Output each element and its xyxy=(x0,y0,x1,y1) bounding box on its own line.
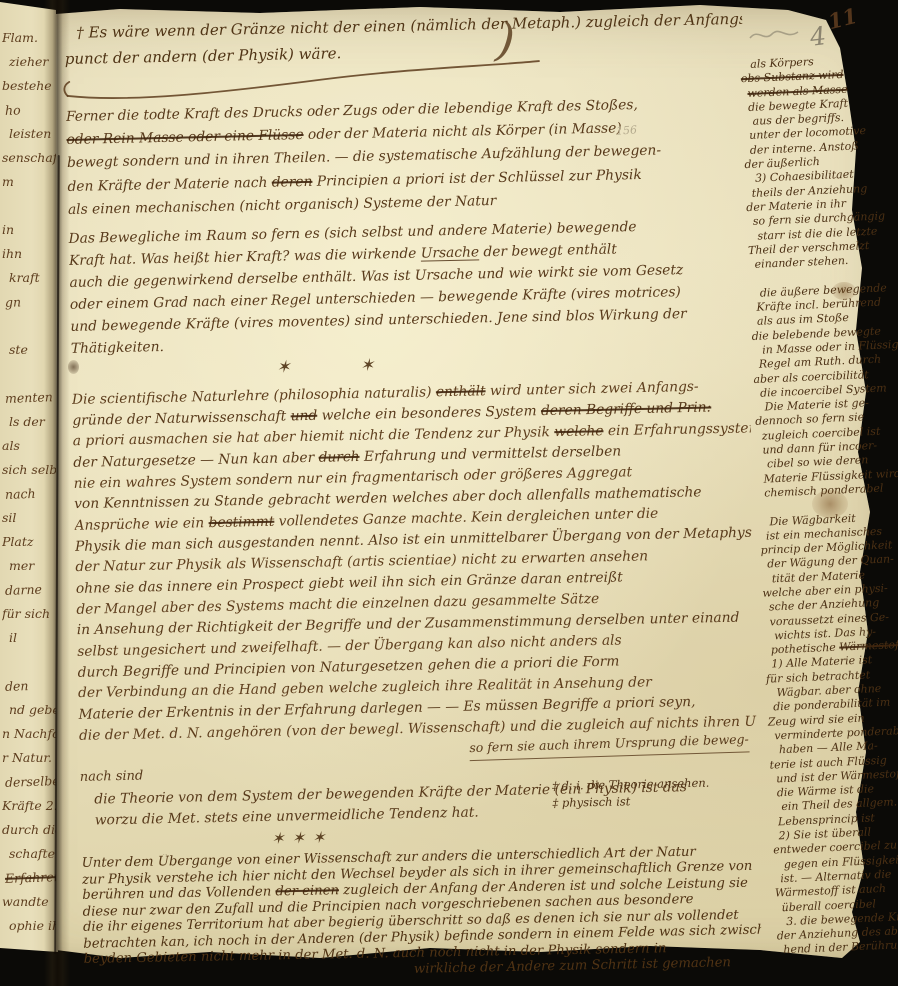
manuscript-scan: Flam.zieherbesteheholeistensenschaftm in… xyxy=(0,0,898,986)
ink-blot xyxy=(68,360,79,374)
faint-pencil-number: 156 xyxy=(616,123,638,137)
pencil-scribble xyxy=(748,24,800,46)
paragraph-science: Die scientifische Naturlehre (philosophi… xyxy=(72,376,757,747)
dagger-note-line: ‡ physisch ist xyxy=(552,792,710,812)
page-number-pencil: 4 xyxy=(808,21,827,52)
paragraph-forces: Ferner die todte Kraft des Drucks oder Z… xyxy=(66,92,746,222)
paragraph-movable: Das Bewegliche im Raum so fern es (sich … xyxy=(68,214,749,360)
dagger-margin-notes: ‡ d. i. die Theorie ansehen. ‡ physisch … xyxy=(552,775,710,812)
page-number-ink: 11 xyxy=(825,3,859,34)
main-text-block: † Es wäre wenn der Gränze nicht der eine… xyxy=(64,6,762,985)
stain xyxy=(832,282,856,300)
paragraph-transition: Unter dem Übergange von einer Wissenscha… xyxy=(82,843,763,985)
dagger-note-line: ‡ d. i. die Theorie ansehen. xyxy=(552,775,710,795)
stain xyxy=(812,490,848,518)
